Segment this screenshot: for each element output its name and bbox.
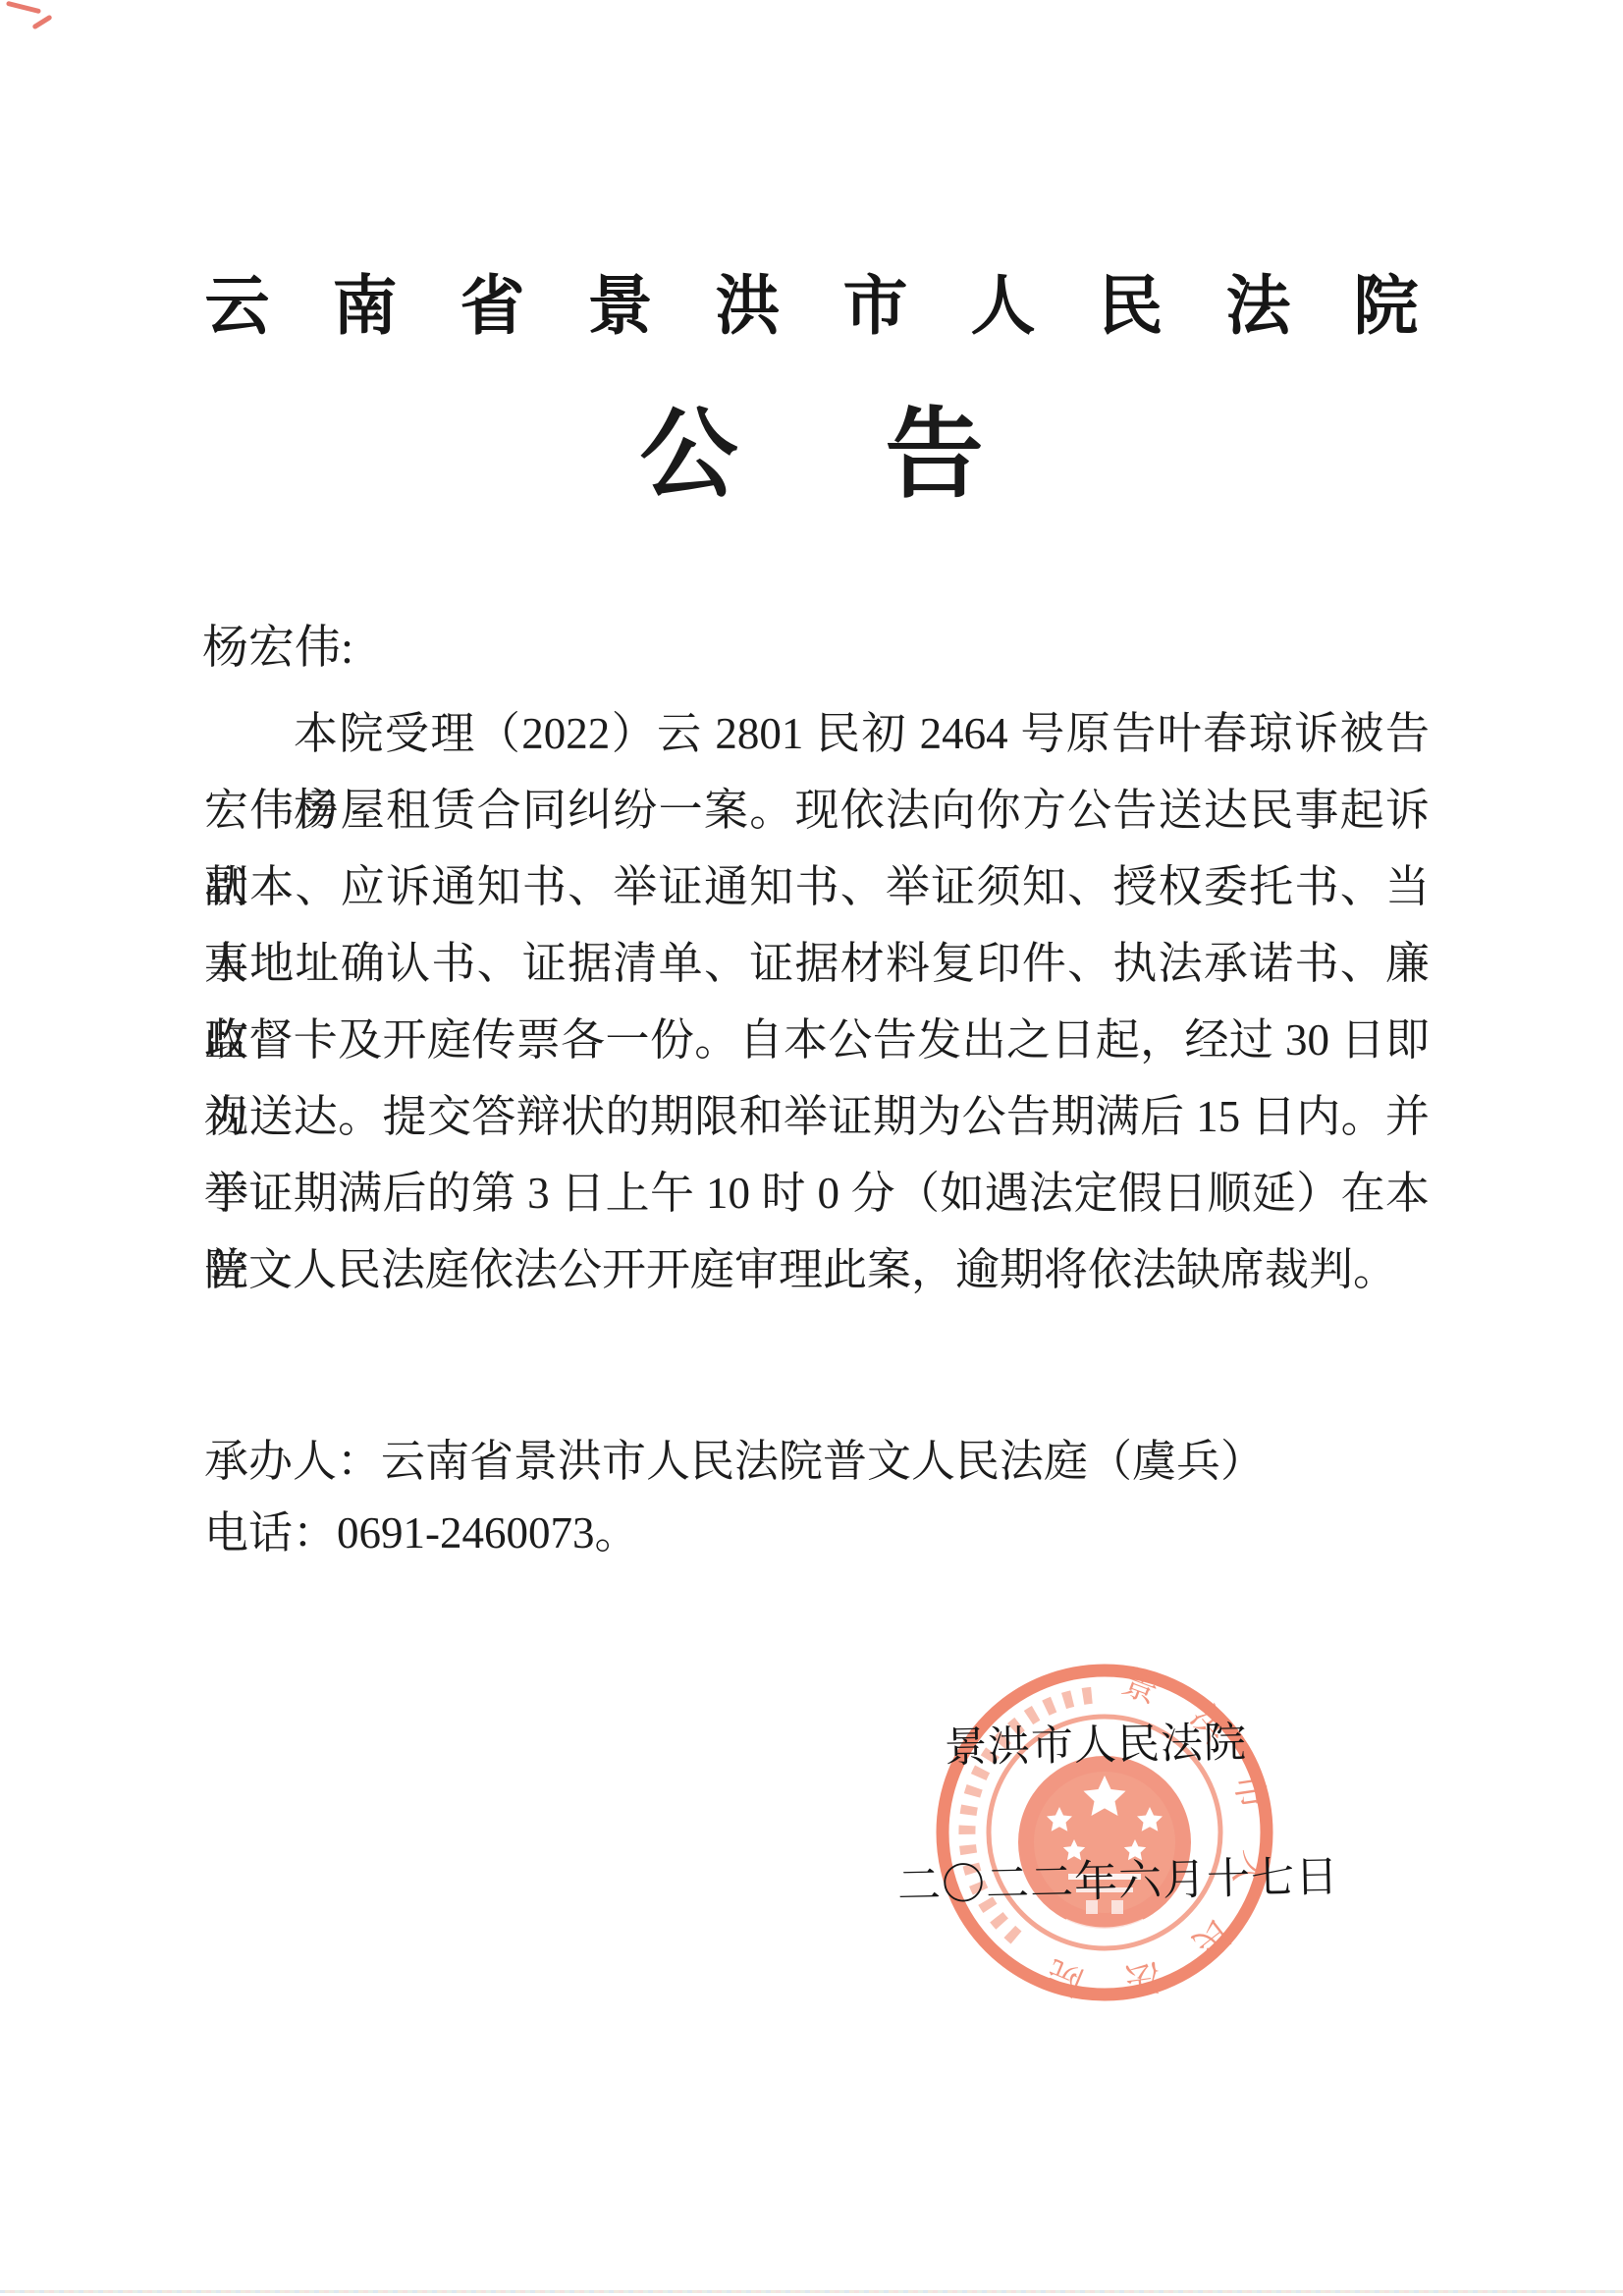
official-seal: 景洪市人民法院 <box>923 1650 1296 2033</box>
red-scan-artifact <box>6 1 41 15</box>
red-scan-artifact <box>31 15 52 30</box>
body-line: 副本、应诉通知书、举证通知书、举证须知、授权委托书、当事 <box>204 848 1430 925</box>
announcement-page: 云南省景洪市人民法院 公告 杨宏伟: 本院受理（2022）云 2801 民初 2… <box>0 0 1623 2296</box>
recipient-name: 杨宏伟: <box>202 619 353 678</box>
contact-block: 承办人：云南省景洪市人民法院普文人民法庭（虞兵） 电话：0691-2460073… <box>204 1426 1461 1569</box>
signature-date: 二〇二二年六月十七日 <box>896 1841 1339 1913</box>
document-type-heading: 公告 <box>0 375 1623 517</box>
body-line: 普文人民法庭依法公开开庭审理此案，逾期将依法缺席裁判。 <box>204 1231 1430 1308</box>
case-handler-line: 承办人：云南省景洪市人民法院普文人民法庭（虞兵） <box>204 1426 1461 1498</box>
signature-court-name: 景洪市人民法院 <box>944 1710 1247 1775</box>
body-line: 为送达。提交答辩状的期限和举证期为公告期满后 15 日内。并于 <box>204 1078 1430 1155</box>
page-title: 云南省景洪市人民法院 <box>0 253 1623 347</box>
body-line: 举证期满后的第 3 日上午 10 时 0 分（如遇法定假日顺延）在本院 <box>204 1155 1430 1231</box>
phone-line: 电话：0691-2460073。 <box>204 1498 1461 1569</box>
body-line: 宏伟房屋租赁合同纠纷一案。现依法向你方公告送达民事起诉状 <box>204 772 1430 848</box>
body-line: 监督卡及开庭传票各一份。自本公告发出之日起，经过 30 日即视 <box>204 1002 1430 1078</box>
body-line: 人地址确认书、证据清单、证据材料复印件、执法承诺书、廉政 <box>204 925 1430 1002</box>
body-line: 本院受理（2022）云 2801 民初 2464 号原告叶春琼诉被告杨 <box>204 695 1430 772</box>
scan-noise-line <box>0 2290 1623 2293</box>
announcement-body: 本院受理（2022）云 2801 民初 2464 号原告叶春琼诉被告杨 宏伟房屋… <box>204 695 1430 1308</box>
